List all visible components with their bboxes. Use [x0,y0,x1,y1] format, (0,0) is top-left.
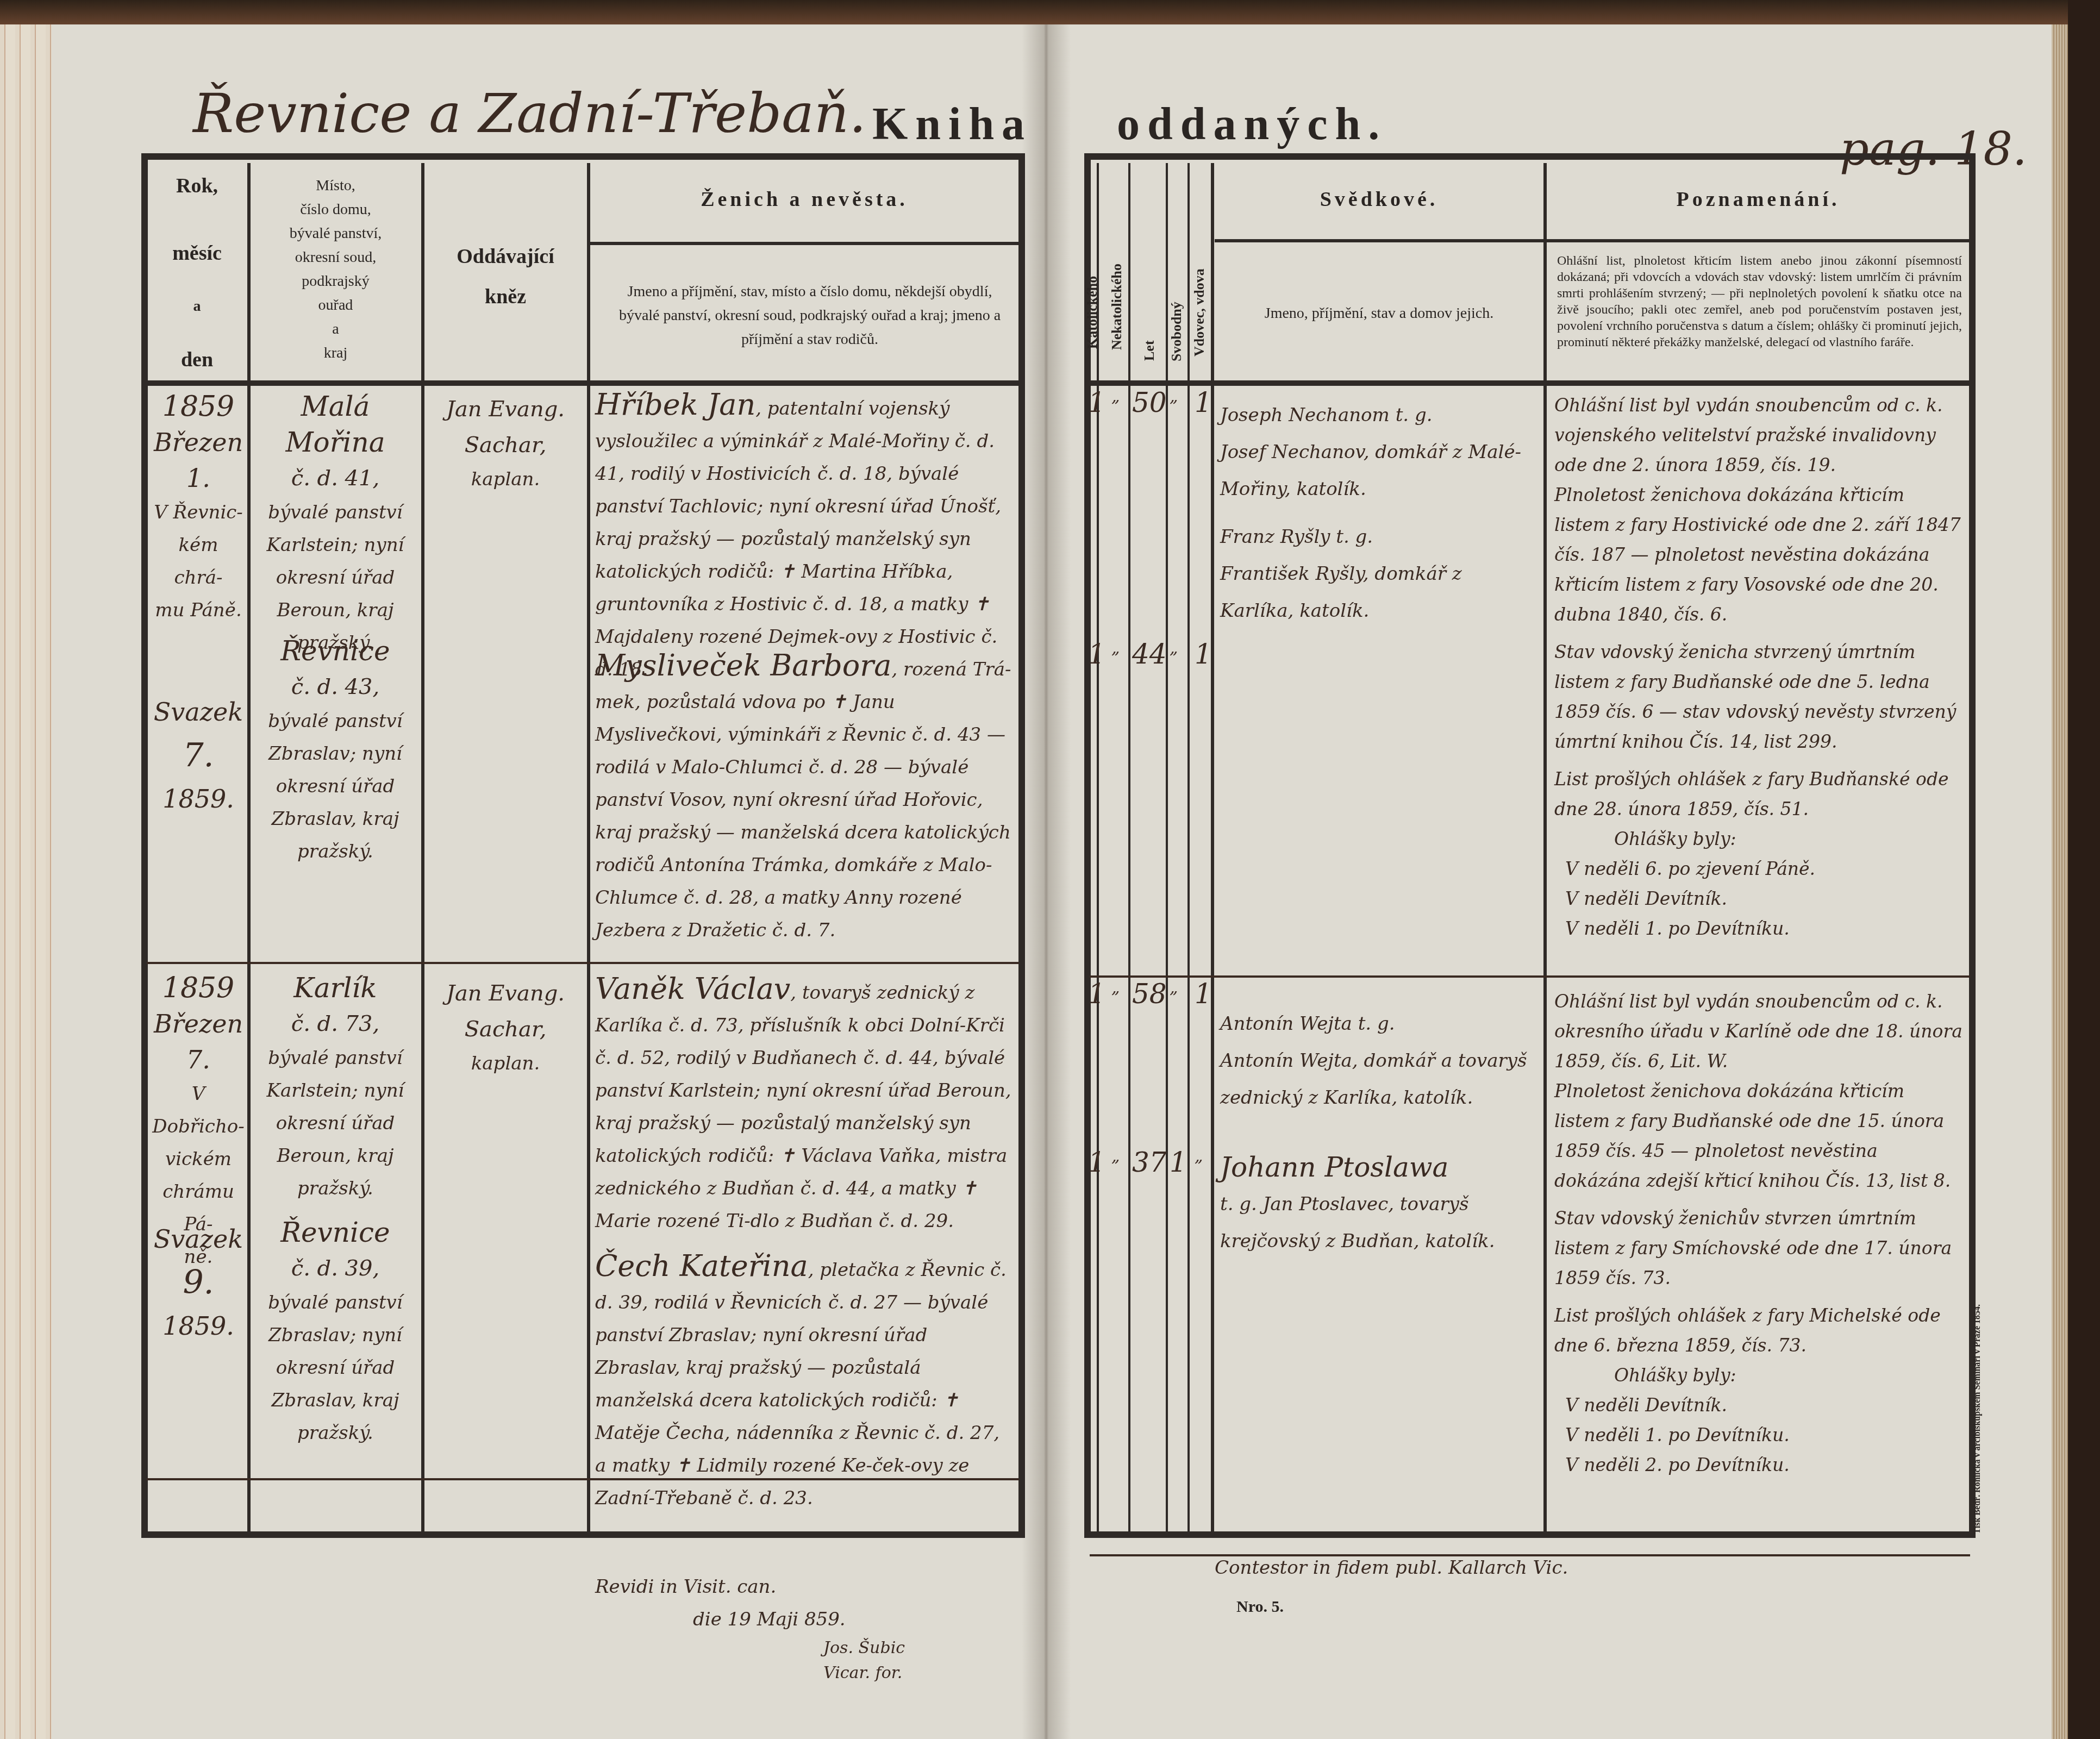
entry-1-notes: Ohlášní list byl vydán snoubencům od c. … [1554,390,1965,943]
parish-heading: Řevnice a Zadní-Třebaň. [193,82,866,145]
col-divider [587,163,590,1532]
header-single: Svobodný [1168,288,1185,375]
entry-2-priest: Jan Evang. Sachar, kaplan. [427,975,584,1080]
entry-1-bride: Mysliveček Barbora, rozená Trá-mek, pozů… [595,649,1014,947]
header-witnesses-sub: Jmeno, příjmění, stav a domov jejich. [1217,302,1541,326]
book-cover-right [2068,0,2100,1739]
header-date: Rok, měsíc a den [149,174,245,372]
header-divider [587,242,1019,245]
register-title-right: oddaných. [1117,98,1387,151]
entry-1-bride-single: „ [1170,639,1178,658]
header-couple-title: Ženich a nevěsta. [592,187,1016,211]
entry-1-groom-catholic: 1 [1088,387,1105,418]
header-place: Místo, číslo domu, bývalé panství, okres… [253,174,418,365]
entry-1-groom-widowed: 1 [1195,387,1212,418]
col-divider [247,163,251,1532]
col-divider [1211,163,1214,1532]
entry-2-witnesses: Antonín Wejta t. g. Antonín Wejta, domká… [1220,1005,1535,1260]
form-number: Nro. 5. [1236,1598,1284,1616]
entry-2-bride: Čech Kateřina, pletačka z Řevnic č. d. 3… [595,1250,1014,1515]
entry-1-bond: Svazek 7. 1859. [152,690,245,821]
header-divider [1215,239,1970,242]
header-age: Let [1141,326,1158,375]
entry-1-bride-place: Řevnice č. d. 43, bývalé panství Zbrasla… [251,633,420,868]
entry-2-bride-catholic: 1 [1088,1147,1105,1178]
entry-2-groom-place: Karlík č. d. 73, bývalé panství Karlstei… [251,970,420,1205]
header-couple-sub: Jmeno a příjmění, stav, místo a číslo do… [609,280,1011,352]
right-page-edges [2052,24,2068,1739]
entry-1-groom-place: Malá Mořina č. d. 41, bývalé panství Kar… [251,389,420,659]
entry-2-bride-widowed: „ [1195,1147,1203,1166]
header-bottom-rule [147,380,1019,386]
entry-2-groom-catholic: 1 [1088,978,1105,1010]
header-catholic: Katolického [1084,250,1101,375]
header-priest: Oddávající kněz [427,245,584,309]
entry-2-notes: Ohlášní list byl vydán snoubencům od c. … [1554,986,1965,1480]
col-divider [1187,163,1190,1532]
header-bottom-rule [1090,380,1970,386]
col-divider [1128,163,1130,1532]
visitation-note-right: Contestor in fidem publ. Kallarch Vic. [1215,1552,1867,1584]
entry-1-groom: Hříbek Jan, patentalní vojenský vyslouži… [595,389,1014,686]
visitation-note-left: Revidi in Visit. can. die 19 Maji 859. J… [595,1571,976,1686]
register-title-left: Kniha [872,98,1032,151]
col-divider [1166,163,1168,1532]
entry-2-bride-place: Řevnice č. d. 39, bývalé panství Zbrasla… [251,1215,420,1449]
entry-2-groom-single: „ [1170,978,1178,997]
book-gutter [1022,24,1071,1739]
entry-divider [147,962,1019,964]
entry-1-bride-catholic: 1 [1088,639,1105,670]
book-binding-top [0,0,2100,27]
header-notes-sub: Ohlášní list, plnoletost křticím listem … [1557,253,1962,351]
entry-2-bride-age: 37 [1132,1147,1167,1178]
entry-2-groom-widowed: 1 [1195,978,1212,1010]
entry-1-groom-single: „ [1170,387,1178,406]
entry-2-groom: Vaněk Václav, tovaryš zednický z Karlíka… [595,973,1014,1237]
col-divider [1543,163,1547,1532]
entry-1-groom-age: 50 [1132,387,1167,418]
entry-2-groom-age: 58 [1132,978,1167,1010]
entry-2-bond: Svazek 9. 1859. [152,1217,245,1348]
header-witnesses-title: Svědkové. [1217,187,1541,211]
header-widowed: Vdovec, vdova [1191,250,1208,375]
header-notes-title: Poznamenání. [1549,187,1967,211]
entry-1-bride-noncatholic: „ [1111,639,1120,658]
entry-1-groom-noncatholic: „ [1111,387,1120,406]
header-noncatholic: Nekatolického [1109,239,1125,375]
entry-1-priest: Jan Evang. Sachar, kaplan. [427,391,584,496]
entry-2-bride-single: 1 [1170,1147,1187,1178]
left-page-edges [0,24,52,1739]
entry-1-witnesses: Joseph Nechanom t. g. Josef Nechanov, do… [1220,397,1535,629]
col-divider [421,163,424,1532]
entry-1-date: 1859 Březen 1. V Řevnic- kém chrá- mu Pá… [152,389,245,627]
printer-note: Tisk Bedř. Rohlíčka v arcibiskupském Sem… [1973,1304,1983,1534]
entry-1-bride-widowed: 1 [1195,639,1212,670]
entry-2-bride-noncatholic: „ [1111,1147,1120,1166]
entry-divider [1090,975,1970,978]
entry-2-groom-noncatholic: „ [1111,978,1120,997]
entry-1-bride-age: 44 [1132,639,1167,670]
